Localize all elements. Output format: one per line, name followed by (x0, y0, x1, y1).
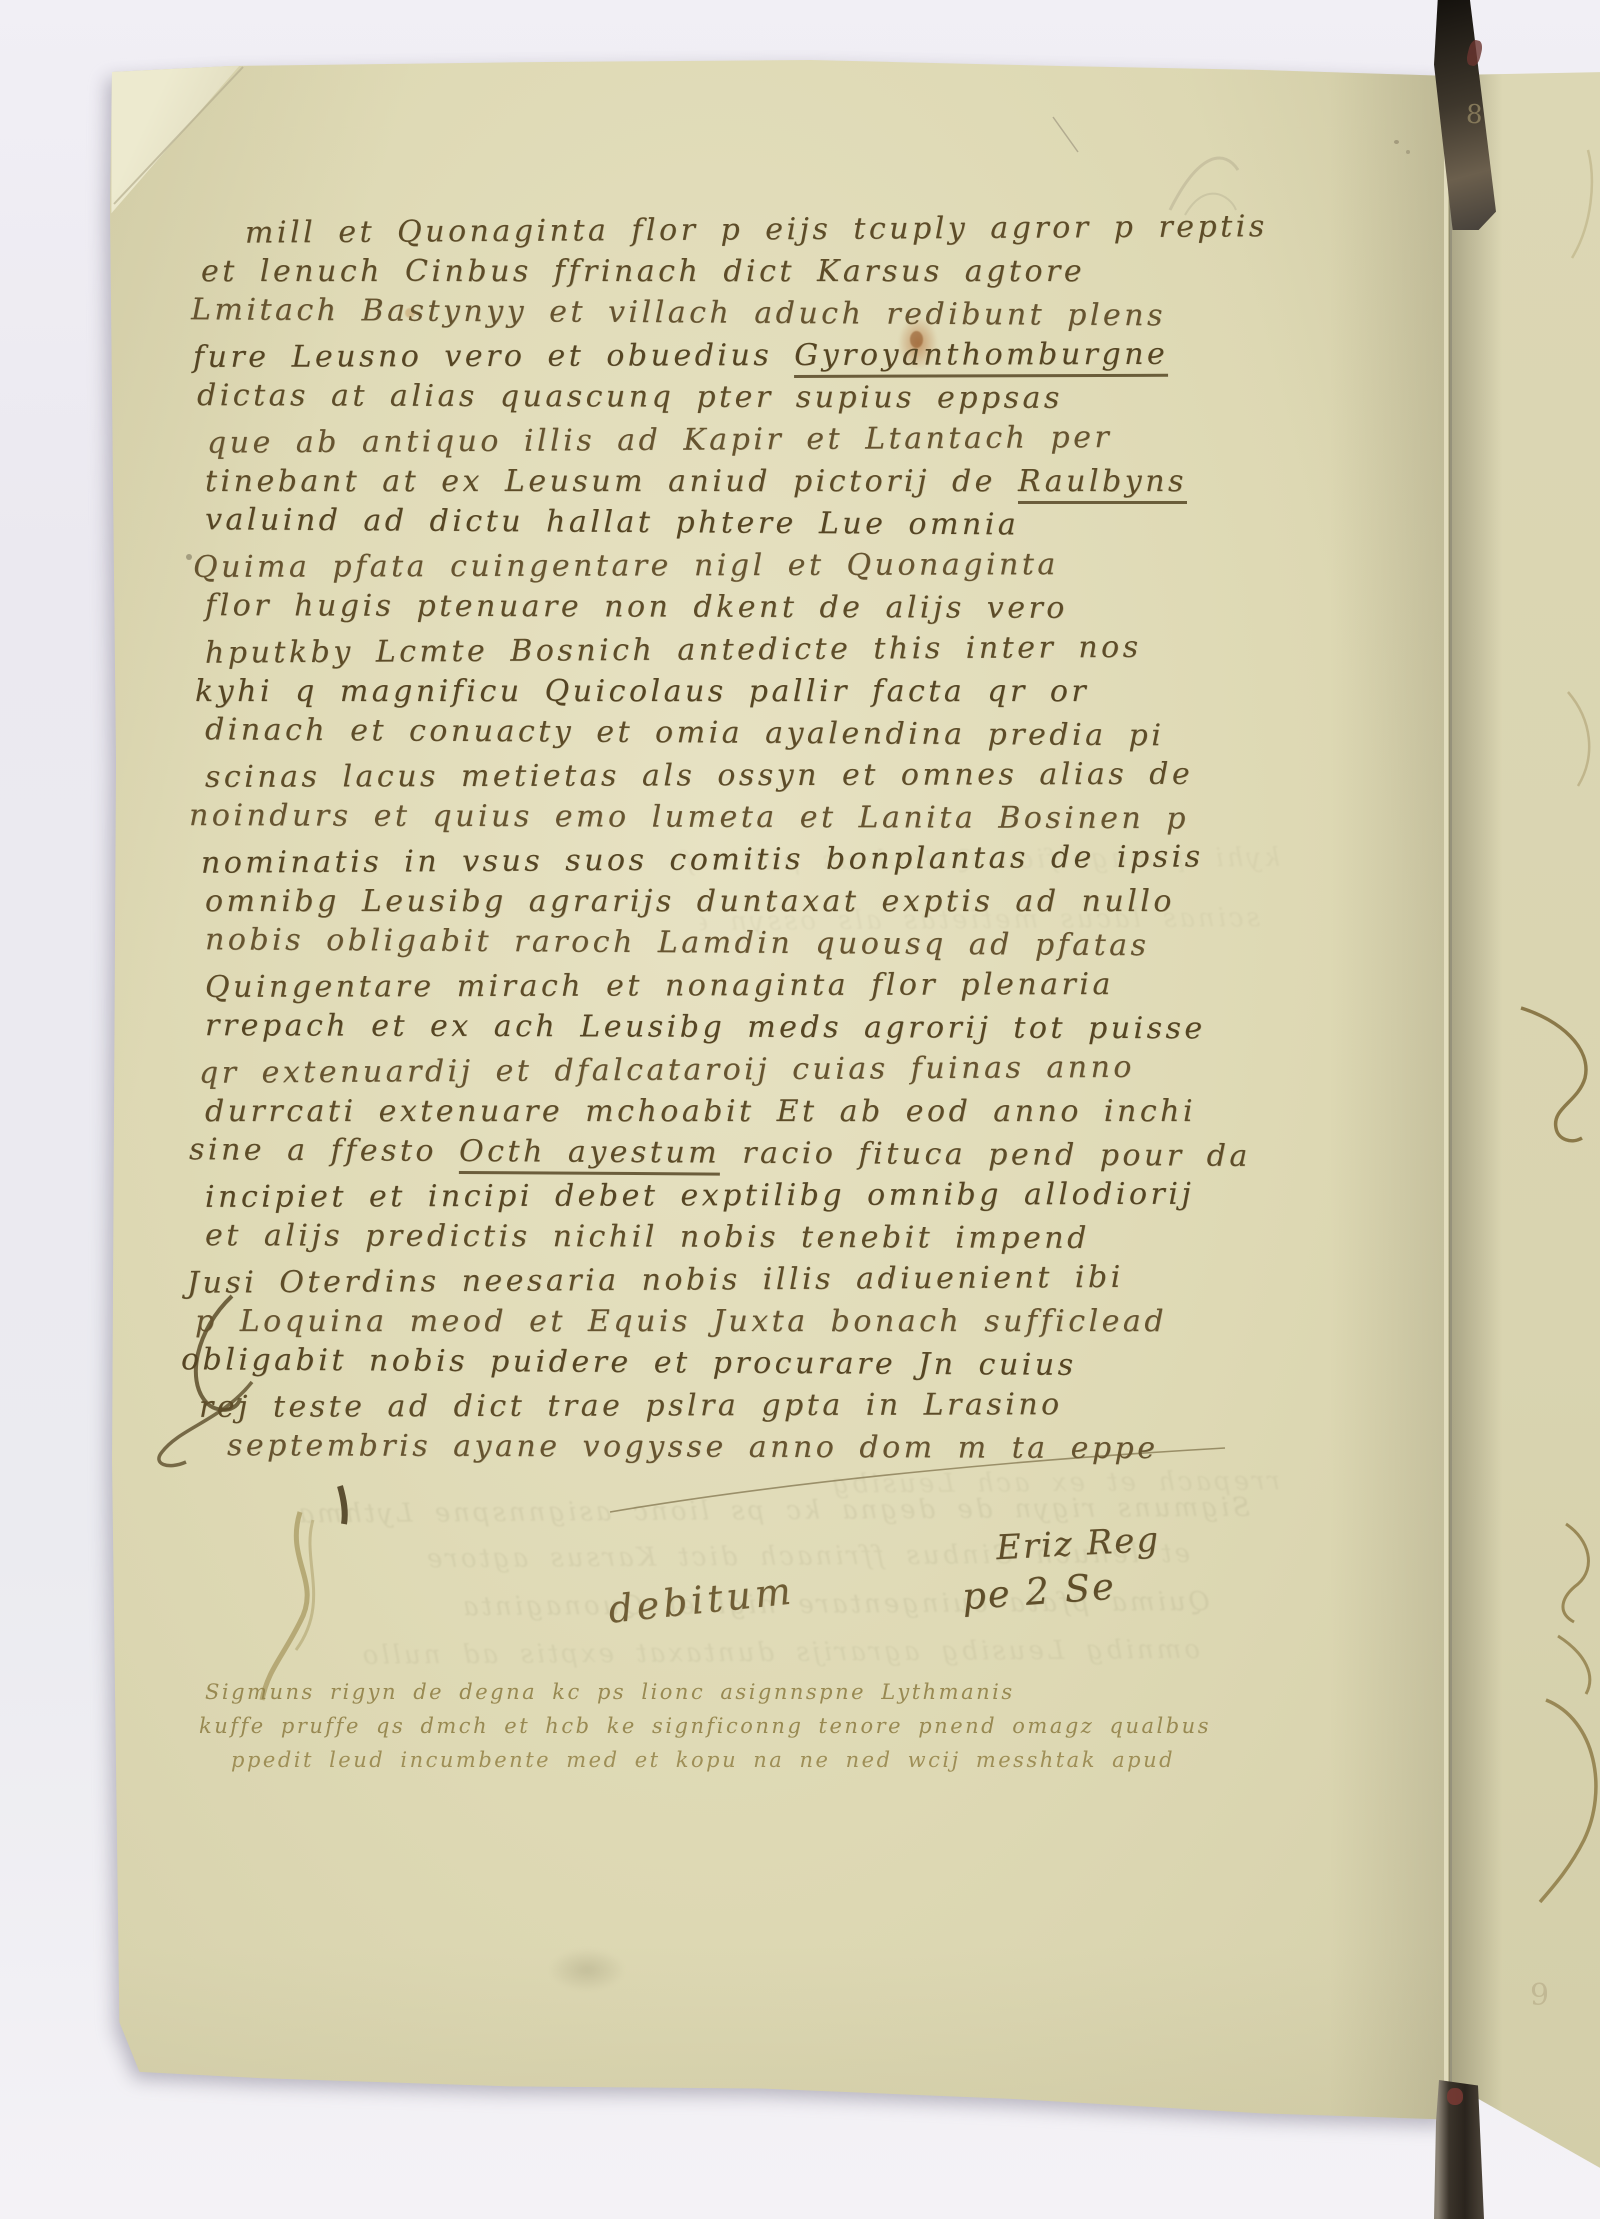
manuscript-line: que ab antiquo illis ad Kapir et Ltantac… (207, 418, 1385, 467)
note-line: kuffe pruffe qs dmch et hcb ke signficon… (199, 1714, 1305, 1748)
manuscript-line: tinebant at ex Leusum aniud pictorij de … (205, 464, 1385, 506)
note-line: Sigmuns rigyn de degna kc ps lionc asign… (205, 1680, 1305, 1714)
ink-speck (186, 554, 192, 560)
manuscript-line: Quima pfata cuingentare nigl et Quonagin… (193, 546, 1385, 592)
facing-page-sliver (1452, 70, 1600, 2170)
manuscript-line: et lenuch Cinbus ffrinach dict Karsus ag… (201, 254, 1385, 296)
manuscript-line: flor hugis ptenuare non dkent de alijs v… (205, 588, 1385, 634)
binding-rod-bottom-glint (1447, 2088, 1463, 2105)
manuscript-line: nominatis in vsus suos comitis bonplanta… (201, 838, 1385, 887)
top-left-corner-fold (110, 60, 250, 218)
manuscript-line: kyhi q magnificu Quicolaus pallir facta … (195, 674, 1385, 716)
manuscript-line: sine a ffesto Octh ayestum racio fituca … (189, 1132, 1385, 1182)
manuscript-line: incipiet et incipi debet exptilibg omnib… (205, 1176, 1385, 1222)
gray-smudge (548, 1948, 626, 1992)
manuscript-line: dinach et conuacty et omia ayalendina pr… (205, 712, 1385, 761)
ink-speck (1406, 150, 1410, 154)
manuscript-line: Lmitach Bastynyy et villach aduch redibu… (191, 292, 1385, 342)
ink-speck (1394, 140, 1399, 144)
underlined-word: Octh ayestum (459, 1134, 720, 1176)
manuscript-line: valuind ad dictu hallat phtere Lue omnia (205, 502, 1385, 551)
manuscript-line: dictas at alias quascunq pter supius epp… (197, 378, 1385, 424)
note-line: ppedit leud incumbente med et kopu na ne… (231, 1748, 1305, 1782)
gutter-shadow-edge (1449, 74, 1452, 2090)
manuscript-line: obligabit nobis puidere et procurare Jn … (181, 1342, 1385, 1392)
manuscript-line: rrepach et ex ach Leusibg meds agrorij t… (205, 1008, 1385, 1054)
manuscript-line: scinas lacus metietas als ossyn et omnes… (205, 756, 1385, 802)
manuscript-text-block: mill et Quonaginta flor p eijs tcuply ag… (205, 212, 1385, 1472)
manuscript-line: rej teste ad dict trae pslra gpta in Lra… (199, 1386, 1385, 1432)
manuscript-line: nobis obligabit raroch Lamdin quousq ad … (205, 922, 1385, 971)
manuscript-line: Quingentare mirach et nonaginta flor ple… (205, 966, 1385, 1012)
underlined-word: Gyroyanthomburgne (794, 337, 1168, 378)
manuscript-line: durrcati extenuare mchoabit Et ab eod an… (205, 1094, 1385, 1136)
manuscript-line: omnibg Leusibg agrarijs duntaxat exptis … (205, 884, 1385, 926)
underlined-word: Raulbyns (1018, 464, 1187, 504)
manuscript-line: qr extenuardij et dfalcataroij cuias fui… (199, 1048, 1385, 1097)
show-through-ghost-text: omnibg Leusibg agrarijs duntaxat exptis … (300, 1635, 1200, 1671)
gutter-highlight-edge (1444, 74, 1448, 2090)
manuscript-photograph: Sigmuns rigyn de degna kc ps lionc asign… (0, 0, 1600, 2219)
manuscript-line: p Loquina meod et Equis Juxta bonach suf… (195, 1304, 1385, 1346)
manuscript-line: Jusi Oterdins neesaria nobis illis adiue… (187, 1258, 1385, 1308)
manuscript-line: hputkby Lcmte Bosnich antedicte this int… (205, 628, 1385, 677)
manuscript-line: mill et Quonaginta flor p eijs tcuply ag… (245, 208, 1385, 257)
folio-number: 8 (1465, 100, 1483, 131)
manuscript-line: noindurs et quius emo lumeta et Lanita B… (189, 798, 1385, 844)
bottom-notes-block: Sigmuns rigyn de degna kc ps lionc asign… (205, 1680, 1305, 1782)
folio-number-faint: 9 (1530, 1978, 1549, 2013)
manuscript-line: septembris ayane vogysse anno dom m ta e… (227, 1428, 1385, 1474)
manuscript-line: et alijs predictis nichil nobis tenebit … (205, 1218, 1385, 1264)
manuscript-line: fure Leusno vero et obuedius Gyroyanthom… (193, 336, 1385, 382)
